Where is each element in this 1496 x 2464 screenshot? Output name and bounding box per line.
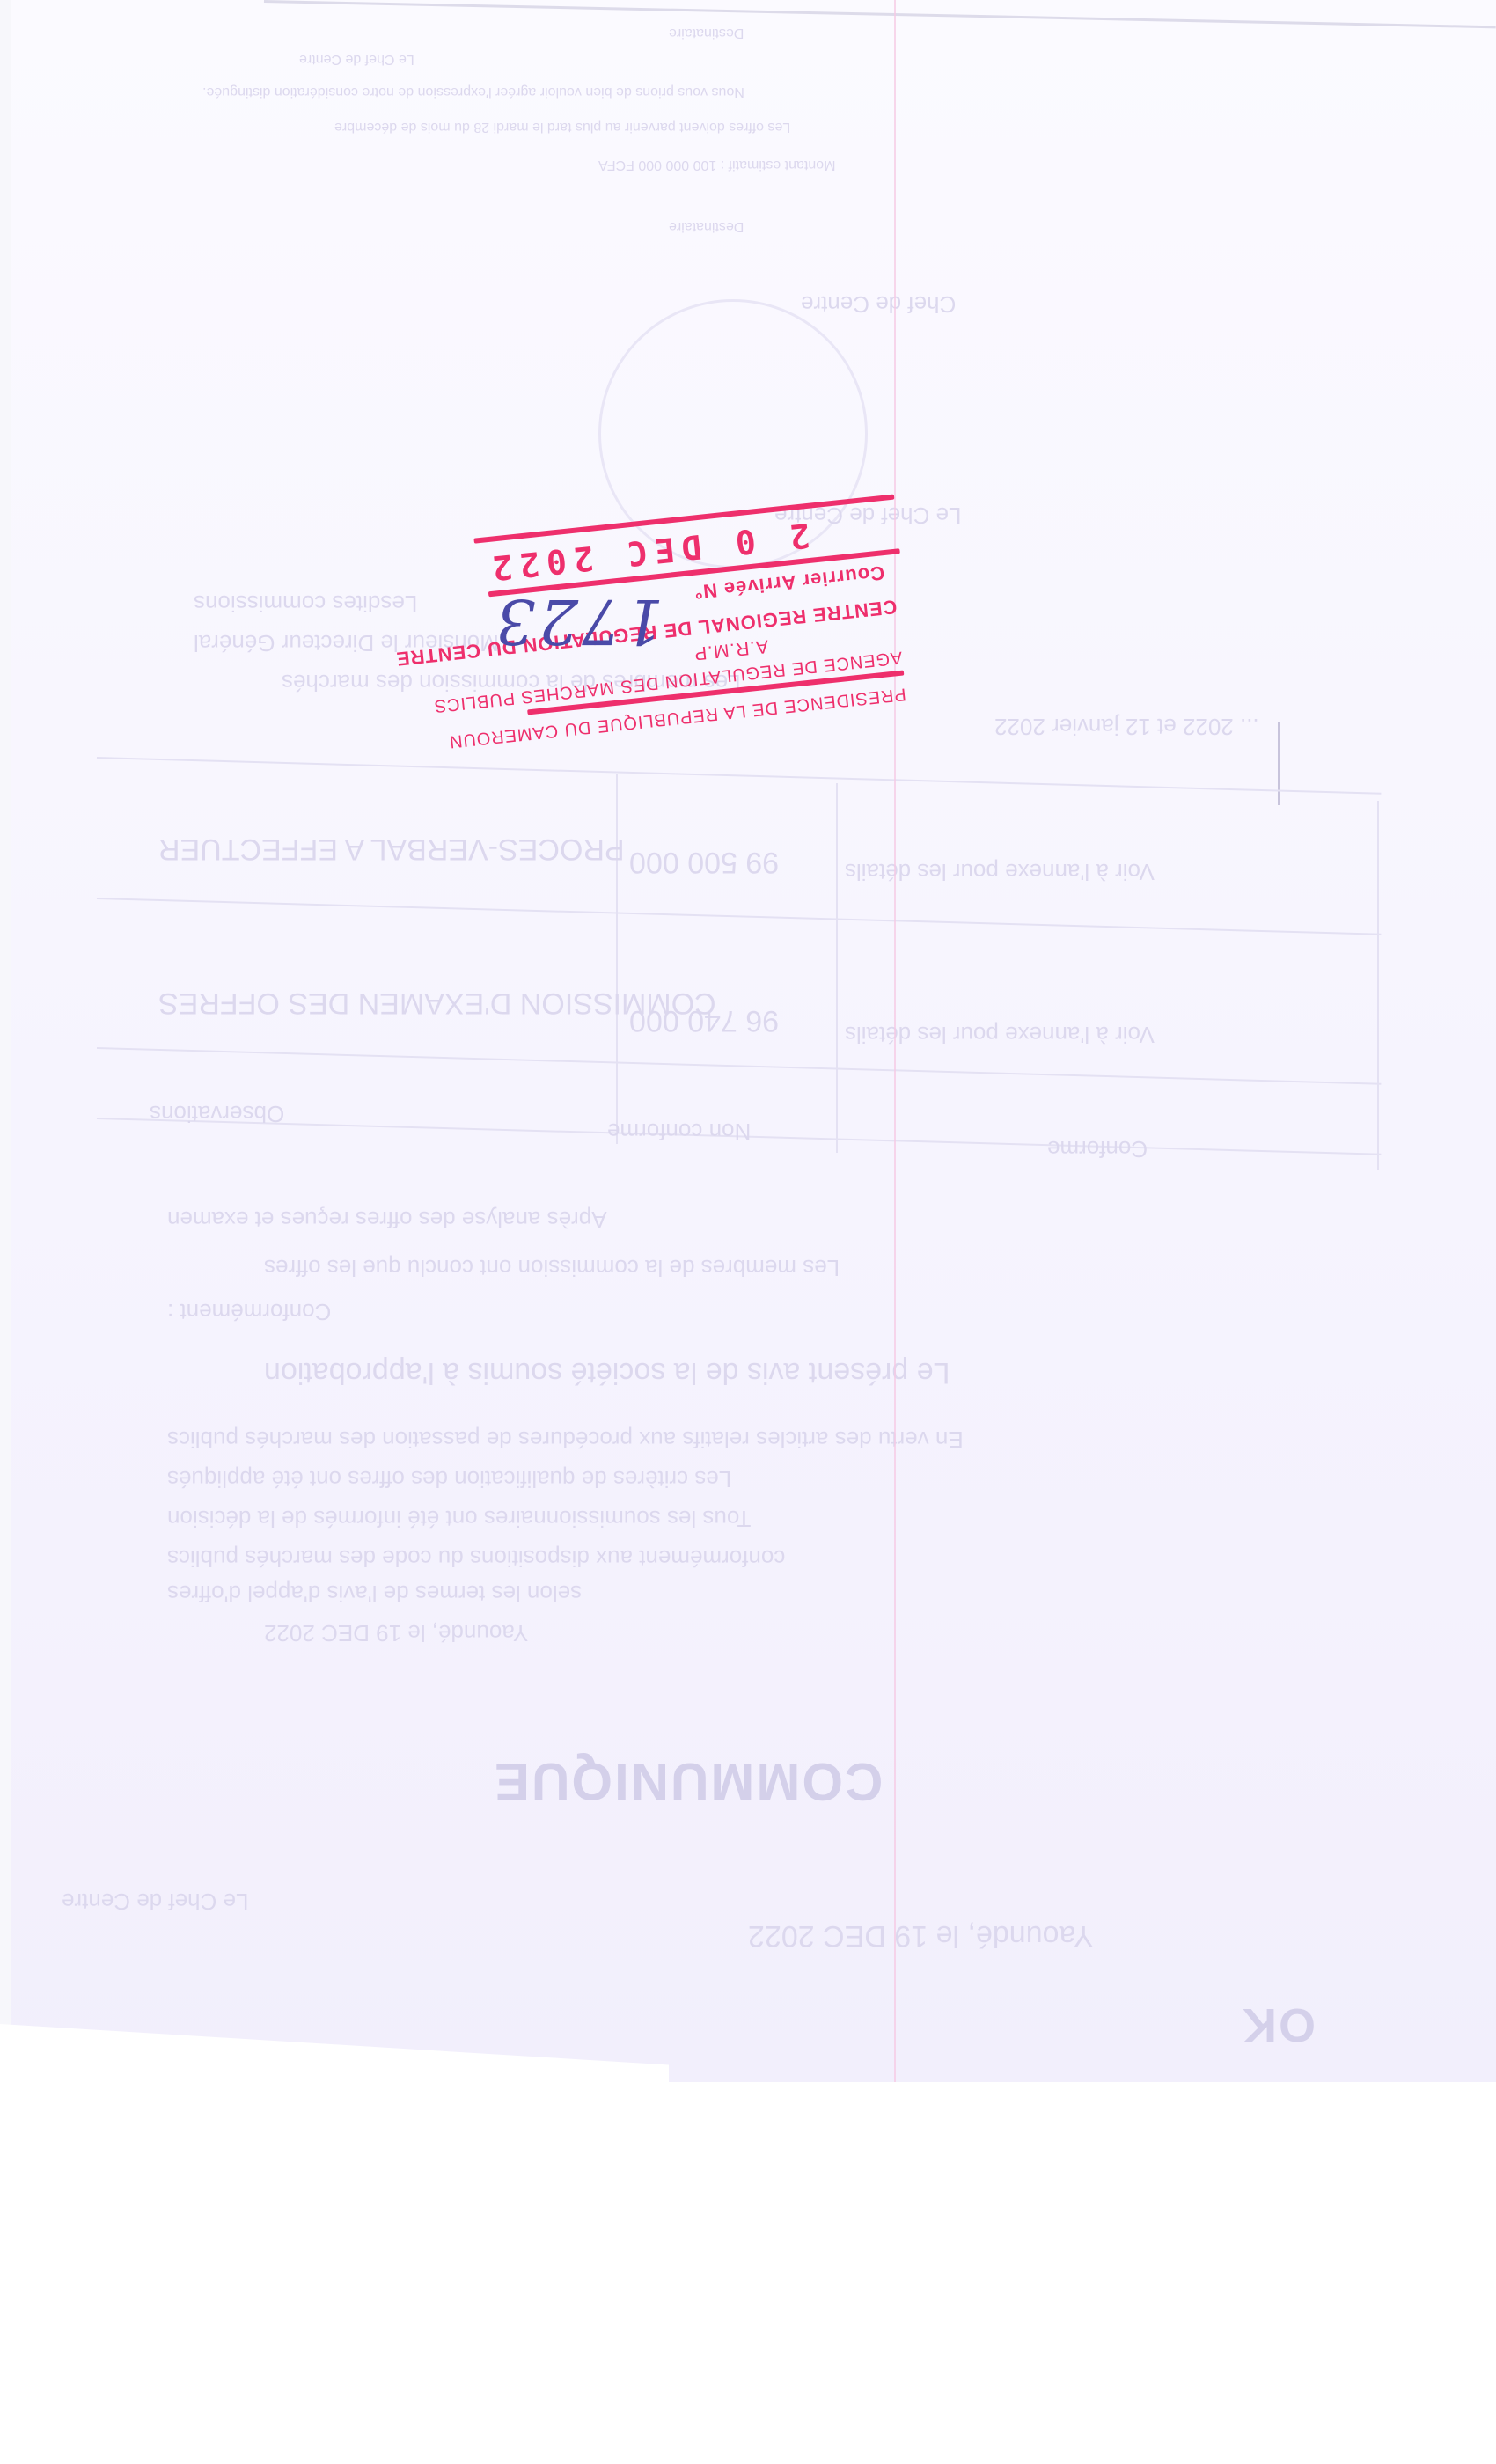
bleed-table-cell: Observations — [150, 1100, 284, 1127]
bleed-paragraph-line: En vertu des articles relatifs aux procé… — [167, 1426, 964, 1453]
scan-left-edge — [0, 0, 11, 2082]
bleed-table-col — [1377, 801, 1379, 1170]
scanned-page: Destinataire Le Chef de Centre Nous vous… — [0, 0, 1496, 2082]
bleed-header-line: Montant estimatif : 100 000 000 FCFA — [598, 157, 835, 172]
bleed-paragraph-line: Yaoundé, le 19 DEC 2022 — [264, 1619, 528, 1646]
bleed-paragraph-line: Le présent avis de la société soumis à l… — [264, 1355, 950, 1390]
bleed-table-cell: PROCES-VERBAL A EFFECTUER — [158, 832, 625, 866]
bleed-table-cell: Non conforme — [607, 1118, 751, 1145]
bleed-table-rule — [97, 757, 1381, 795]
bleed-table-rule — [97, 1047, 1381, 1085]
bleed-header-small: Destinataire — [669, 218, 744, 234]
stamp-line-armp: A.R.M.P — [693, 634, 769, 664]
handwritten-arrival-number: 1723 — [493, 585, 664, 657]
scan-top-edge — [264, 0, 1496, 28]
bleed-header-small: Destinataire — [669, 25, 744, 40]
bleed-seal-label: Chef de Centre — [801, 290, 956, 318]
bleed-table-cell: 99 500 000 — [629, 845, 779, 879]
bleed-paragraph-line: conformément aux dispositions du code de… — [167, 1544, 785, 1572]
bleed-table-col — [616, 774, 618, 1144]
bleed-table-cell: Conforme — [1047, 1135, 1148, 1162]
bleed-table-cell: Voir à l'annexe pour les détails — [845, 1021, 1155, 1048]
bleed-paragraph-line: Les membres de la commission ont conclu … — [264, 1254, 840, 1281]
bleed-table-rule — [97, 898, 1381, 935]
bleed-table-cell: 96 740 000 — [629, 1003, 779, 1038]
bleed-paragraph-line: Les critères de qualification des offres… — [167, 1465, 731, 1492]
bleed-big-heading: COMMUNIQUE — [493, 1751, 883, 1812]
bleed-paragraph-line: Tous les soumissionnaires ont été inform… — [167, 1505, 751, 1532]
bleed-mark — [1278, 722, 1280, 805]
bleed-header-line: Le Chef de Centre — [299, 51, 414, 67]
bleed-corner-mark: OK — [1241, 1998, 1316, 2052]
bleed-table-col — [836, 783, 838, 1153]
bleed-paragraph-line: selon les termes de l'avis d'appel d'off… — [167, 1580, 582, 1607]
bleed-body-line: ... 2022 et 12 janvier 2022 — [994, 713, 1259, 740]
bleed-header-line: Nous vous prions de bien vouloir agréer … — [202, 84, 744, 99]
bleed-date-caption: Yaoundé, le 19 DEC 2022 — [748, 1918, 1094, 1953]
scan-fold-line — [894, 0, 896, 2082]
bleed-paragraph-line: Après analyse des offres reçues et exame… — [167, 1206, 607, 1233]
bleed-paragraph-line: Conformément : — [167, 1298, 331, 1325]
bleed-table-cell: Voir à l'annexe pour les détails — [845, 858, 1155, 885]
bleed-header-line: Les offres doivent parvenir au plus tard… — [334, 119, 790, 135]
bleed-body-line: Lesdites commissions — [194, 590, 417, 617]
bleed-signature-caption: Le Chef de Centre — [62, 1888, 248, 1915]
